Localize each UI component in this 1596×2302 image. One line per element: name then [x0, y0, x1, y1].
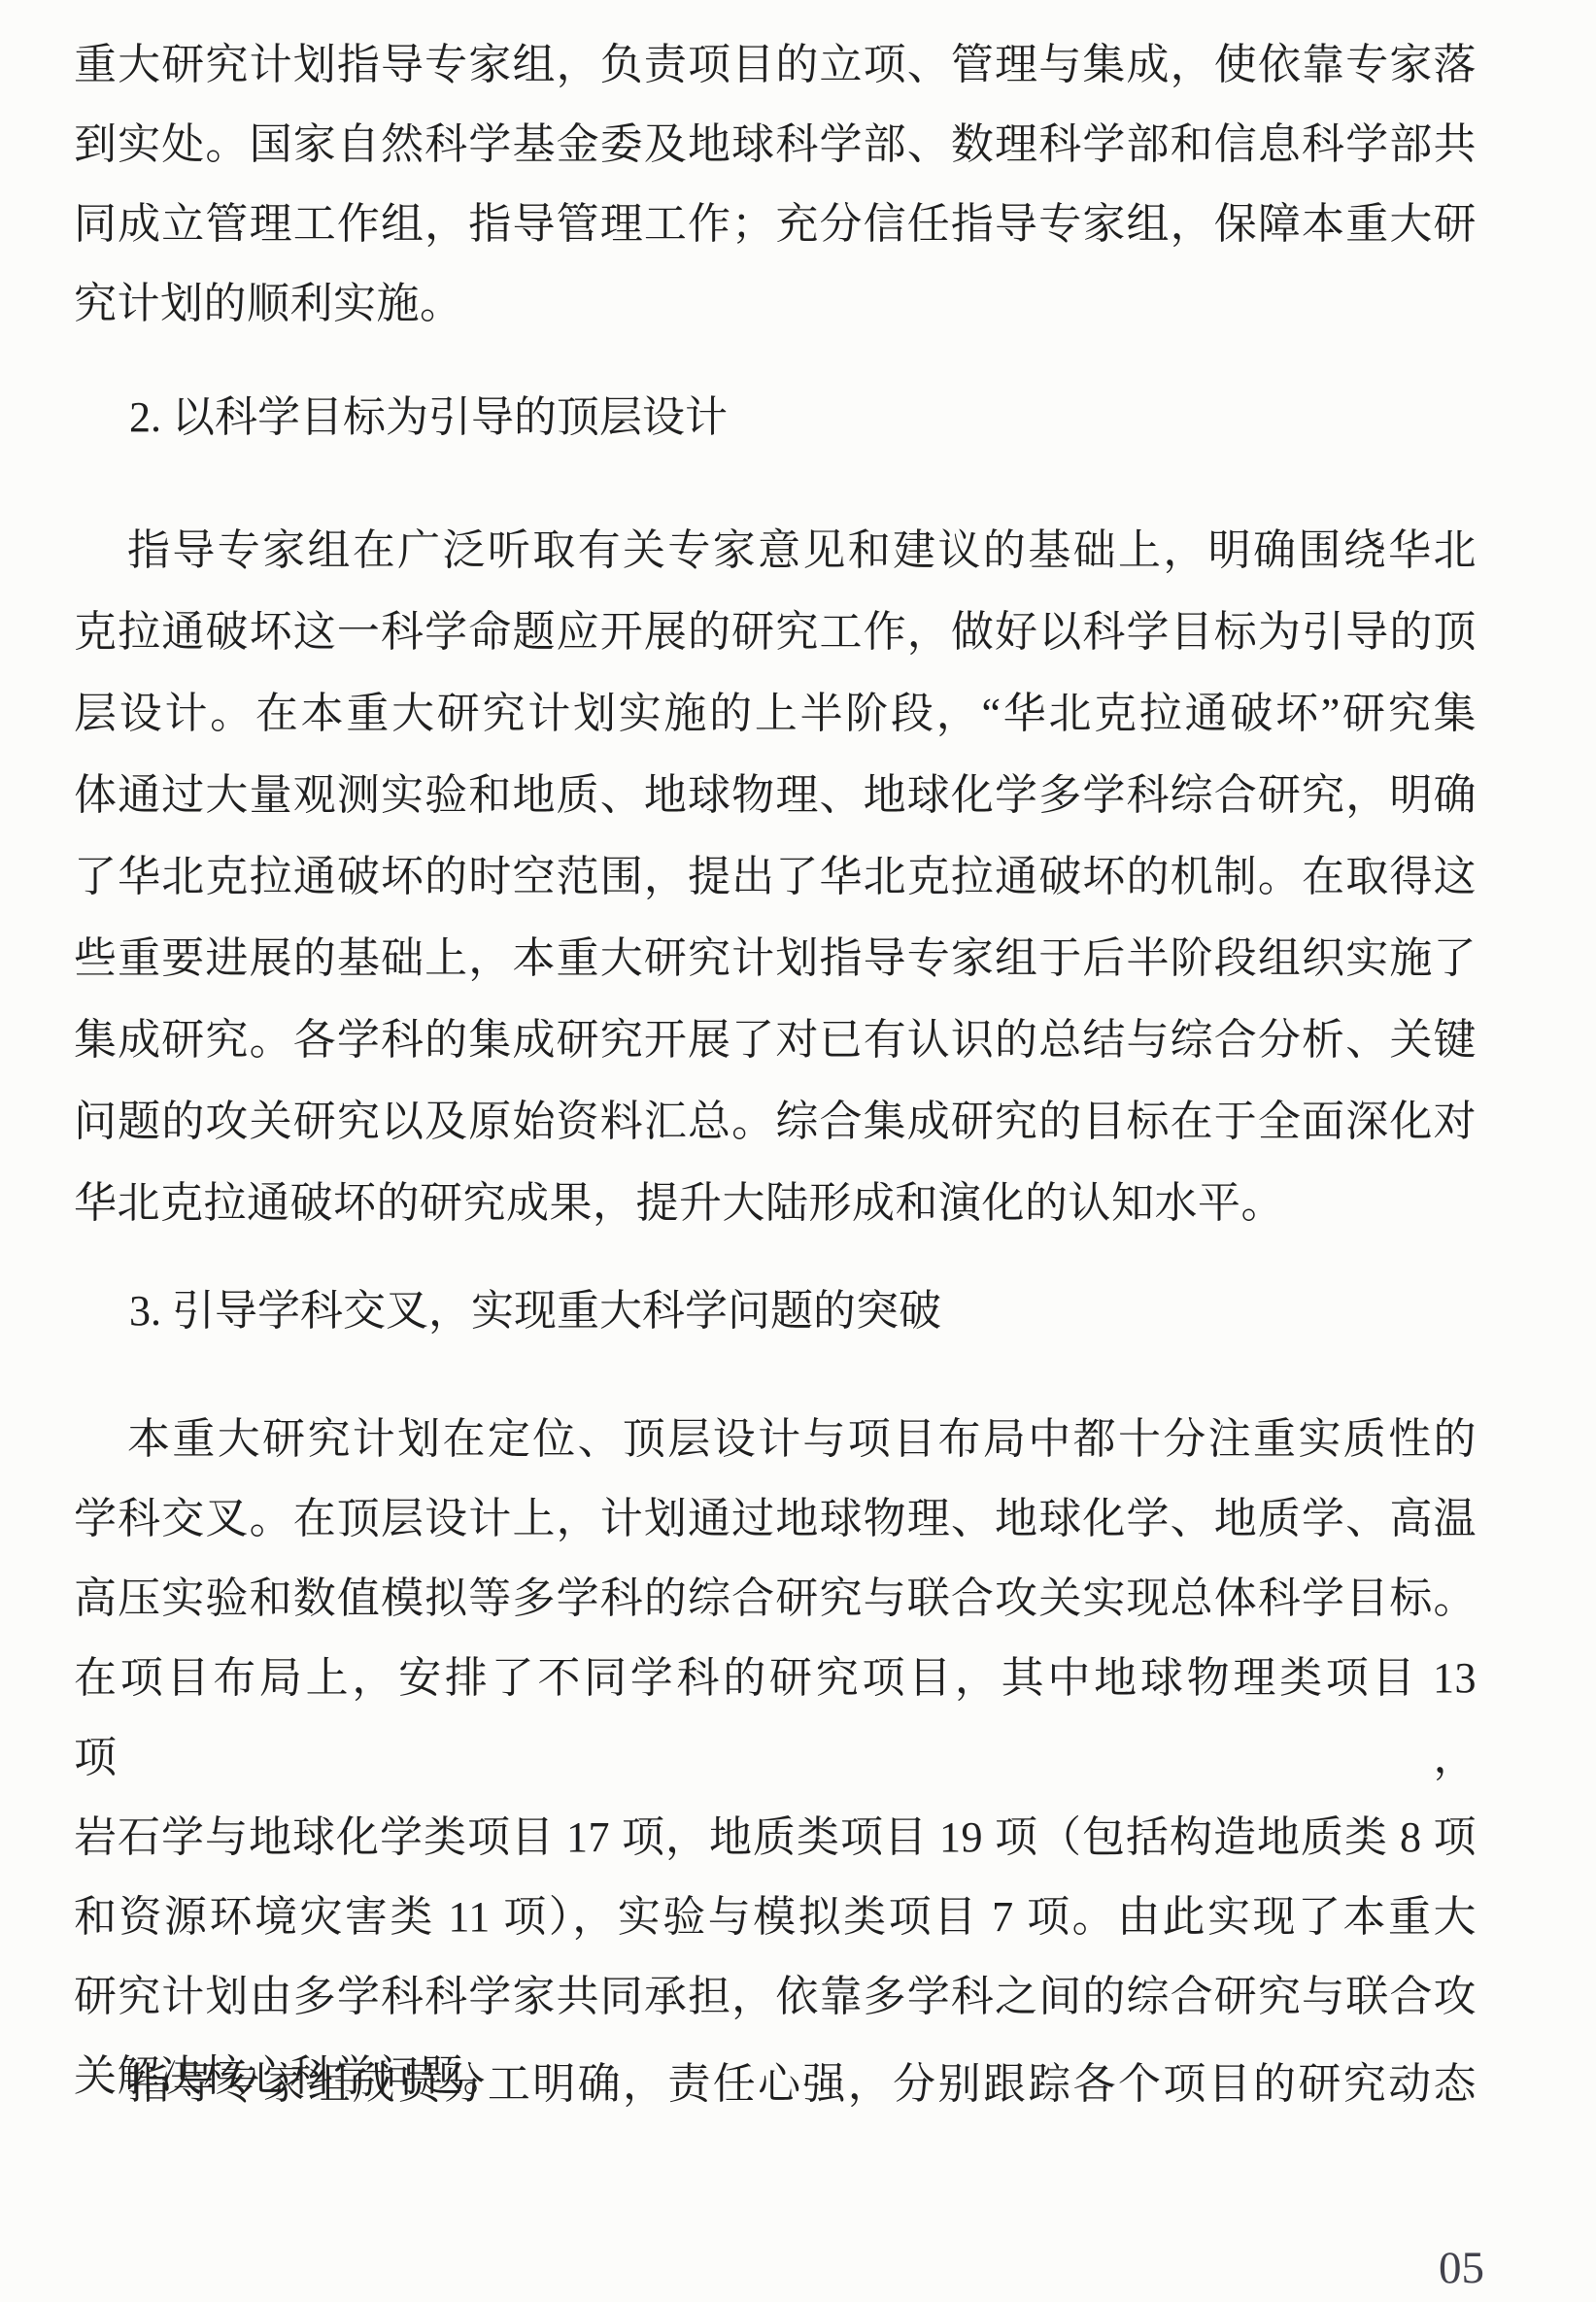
text-line: 本重大研究计划在定位、顶层设计与项目布局中都十分注重实质性的	[74, 1400, 1477, 1479]
text-line: 指导专家组成员分工明确，责任心强，分别跟踪各个项目的研究动态	[74, 2045, 1477, 2124]
text-line: 层设计。在本重大研究计划实施的上半阶段，“华北克拉通破坏”研究集	[74, 673, 1477, 755]
section-heading: 2. 以科学目标为引导的顶层设计	[129, 378, 1532, 457]
text-line: 高压实验和数值模拟等多学科的综合研究与联合攻关实现总体科学目标。	[74, 1559, 1477, 1639]
text-line: 重大研究计划指导专家组，负责项目的立项、管理与集成，使依靠专家落	[74, 25, 1477, 105]
paragraph: 重大研究计划指导专家组，负责项目的立项、管理与集成，使依靠专家落到实处。国家自然…	[74, 25, 1477, 344]
text-line: 研究计划由多学科科学家共同承担，依靠多学科之间的综合研究与联合攻	[74, 1957, 1477, 2037]
document-page: 重大研究计划指导专家组，负责项目的立项、管理与集成，使依靠专家落到实处。国家自然…	[0, 0, 1596, 2302]
paragraph: 指导专家组成员分工明确，责任心强，分别跟踪各个项目的研究动态	[74, 2045, 1477, 2124]
text-line: 体通过大量观测实验和地质、地球物理、地球化学多学科综合研究，明确	[74, 755, 1477, 836]
text-line: 和资源环境灾害类 11 项），实验与模拟类项目 7 项。由此实现了本重大	[74, 1878, 1477, 1957]
paragraph: 指导专家组在广泛听取有关专家意见和建议的基础上，明确围绕华北克拉通破坏这一科学命…	[74, 510, 1477, 1244]
text-line: 究计划的顺利实施。	[74, 264, 1477, 344]
text-line: 集成研究。各学科的集成研究开展了对已有认识的总结与综合分析、关键	[74, 999, 1477, 1081]
text-line: 在项目布局上，安排了不同学科的研究项目，其中地球物理类项目 13 项，	[74, 1639, 1477, 1798]
text-line: 到实处。国家自然科学基金委及地球科学部、数理科学部和信息科学部共	[74, 105, 1477, 185]
text-line: 华北克拉通破坏的研究成果，提升大陆形成和演化的认知水平。	[74, 1163, 1477, 1244]
text-line: 学科交叉。在顶层设计上，计划通过地球物理、地球化学、地质学、高温	[74, 1479, 1477, 1559]
text-line: 问题的攻关研究以及原始资料汇总。综合集成研究的目标在于全面深化对	[74, 1081, 1477, 1163]
paragraph: 本重大研究计划在定位、顶层设计与项目布局中都十分注重实质性的学科交叉。在顶层设计…	[74, 1400, 1477, 2116]
text-line: 指导专家组在广泛听取有关专家意见和建议的基础上，明确围绕华北	[74, 510, 1477, 592]
text-line: 同成立管理工作组，指导管理工作；充分信任指导专家组，保障本重大研	[74, 185, 1477, 264]
page-number: 05	[1439, 2244, 1484, 2292]
text-line: 些重要进展的基础上，本重大研究计划指导专家组于后半阶段组织实施了	[74, 918, 1477, 999]
text-line: 了华北克拉通破坏的时空范围，提出了华北克拉通破坏的机制。在取得这	[74, 836, 1477, 918]
text-line: 克拉通破坏这一科学命题应开展的研究工作，做好以科学目标为引导的顶	[74, 592, 1477, 673]
section-heading: 3. 引导学科交叉，实现重大科学问题的突破	[129, 1271, 1532, 1351]
text-line: 岩石学与地球化学类项目 17 项，地质类项目 19 项（包括构造地质类 8 项	[74, 1798, 1477, 1878]
